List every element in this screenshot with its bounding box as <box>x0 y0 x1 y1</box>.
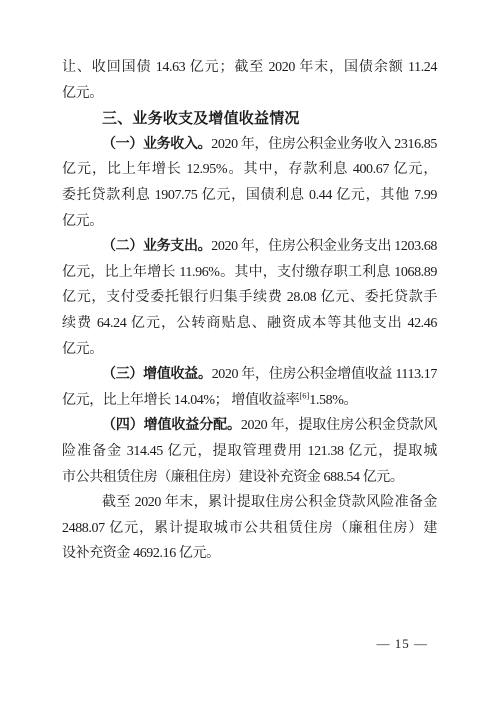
body-line: 亿元，支付受委托银行归集手续费 28.08 亿元、委托贷款手 <box>62 285 437 311</box>
body-line: 亿元，比上年增长 11.96%。其中，支付缴存职工利息 1068.89 <box>62 260 437 286</box>
document-page: 让、收回国债 14.63 亿元；截至 2020 年末，国债余额 11.24 亿元… <box>0 0 500 707</box>
page-number: — 15 — <box>377 636 429 652</box>
body-line: 亿元。 <box>62 209 437 235</box>
body-line: 设补充资金 4692.16 亿元。 <box>62 541 437 567</box>
body-text: 2020 年，住房公积金增值收益 1113.17 <box>212 367 437 382</box>
section-heading: 三、业务收支及增值收益情况 <box>62 106 437 132</box>
paragraph-lead: （二）业务支出。 <box>102 239 211 254</box>
body-line: 险准备金 314.45 亿元，提取管理费用 121.38 亿元，提取城 <box>62 439 437 465</box>
body-text: 2020 年，住房公积金业务收入 2316.85 <box>211 137 437 152</box>
body-line: （一）业务收入。2020 年，住房公积金业务收入 2316.85 <box>62 132 437 158</box>
body-line: 续费 64.24 亿元，公转商贴息、融资成本等其他支出 42.46 <box>62 311 437 337</box>
body-line: 让、收回国债 14.63 亿元；截至 2020 年末，国债余额 11.24 <box>62 55 437 81</box>
paragraph-lead: （一）业务收入。 <box>102 137 211 152</box>
body-text: 1.58%。 <box>309 393 357 408</box>
footnote-ref: [6] <box>299 390 309 400</box>
body-text: 2020 年，住房公积金业务支出 1203.68 <box>211 239 437 254</box>
body-line: 亿元。 <box>62 81 437 107</box>
paragraph-lead: （四）增值收益分配。 <box>102 418 241 433</box>
body-text: 亿元，比上年增长 14.04%； 增值收益率 <box>62 393 299 408</box>
paragraph-lead: （三）增值收益。 <box>102 367 212 382</box>
body-line: （四）增值收益分配。2020 年，提取住房公积金贷款风 <box>62 413 437 439</box>
body-line: 委托贷款利息 1907.75 亿元，国债利息 0.44 亿元，其他 7.99 <box>62 183 437 209</box>
body-line: 2488.07 亿元，累计提取城市公共租赁住房（廉租住房）建 <box>62 516 437 542</box>
body-line: 市公共租赁住房（廉租住房）建设补充资金 688.54 亿元。 <box>62 465 437 491</box>
body-line: 亿元，比上年增长 12.95%。其中，存款利息 400.67 亿元， <box>62 157 437 183</box>
text-block: 让、收回国债 14.63 亿元；截至 2020 年末，国债余额 11.24 亿元… <box>62 55 437 567</box>
body-line: 截至 2020 年末，累计提取住房公积金贷款风险准备金 <box>62 490 437 516</box>
body-text: 2020 年，提取住房公积金贷款风 <box>241 418 437 433</box>
body-line: （二）业务支出。2020 年，住房公积金业务支出 1203.68 <box>62 234 437 260</box>
body-line: 亿元，比上年增长 14.04%； 增值收益率[6]1.58%。 <box>62 388 437 414</box>
body-line: 亿元。 <box>62 337 437 363</box>
body-line: （三）增值收益。2020 年，住房公积金增值收益 1113.17 <box>62 362 437 388</box>
